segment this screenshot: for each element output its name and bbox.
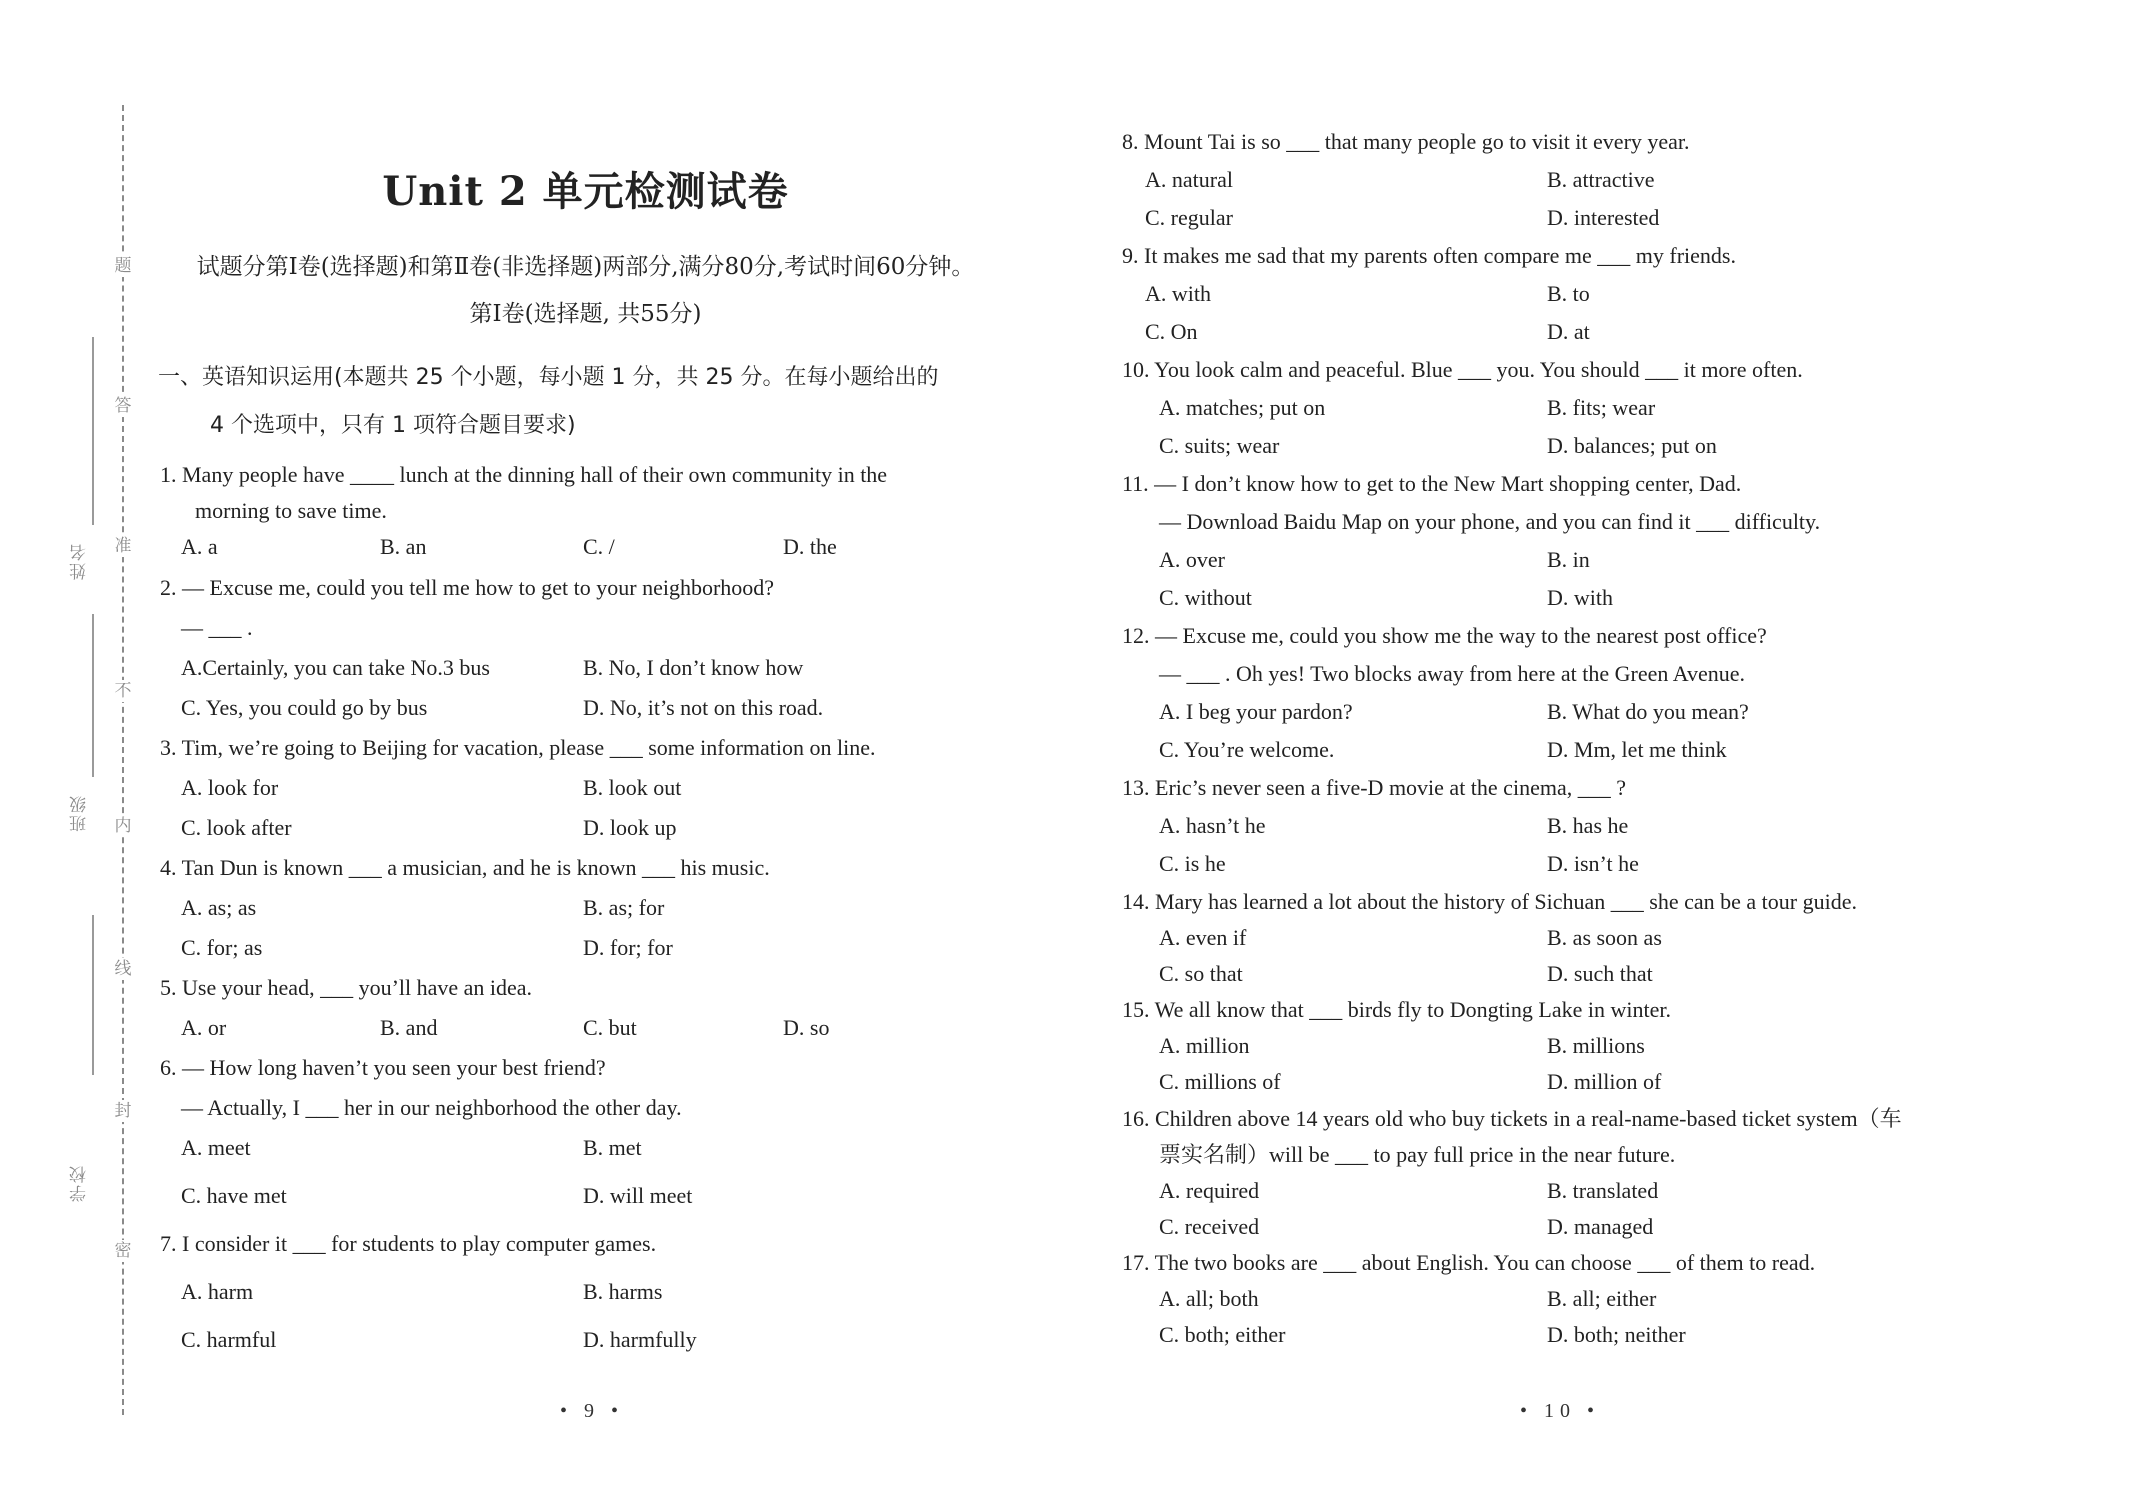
question-6-cont: — Actually, I ___ her in our neighborhoo… bbox=[181, 1094, 682, 1122]
school-write-line bbox=[92, 915, 94, 1075]
option-1d[interactable]: D. the bbox=[783, 533, 837, 561]
option-1c[interactable]: C. / bbox=[583, 533, 615, 561]
seal-char: 密 bbox=[112, 1240, 134, 1262]
option-11c[interactable]: C. without bbox=[1159, 584, 1252, 612]
option-10a[interactable]: A. matches; put on bbox=[1159, 394, 1325, 422]
option-14c[interactable]: C. so that bbox=[1159, 960, 1243, 988]
question-16-cont: 票实名制）will be ___ to pay full price in th… bbox=[1159, 1141, 1675, 1169]
option-3d[interactable]: D. look up bbox=[583, 814, 677, 842]
page-number: • 10 • bbox=[1520, 1400, 1600, 1423]
option-1a[interactable]: A. a bbox=[181, 533, 218, 561]
option-17a[interactable]: A. all; both bbox=[1159, 1285, 1259, 1313]
question-13: 13. Eric’s never seen a five-D movie at … bbox=[1122, 774, 1626, 802]
option-8d[interactable]: D. interested bbox=[1547, 204, 1659, 232]
option-13c[interactable]: C. is he bbox=[1159, 850, 1226, 878]
question-12: 12. — Excuse me, could you show me the w… bbox=[1122, 622, 1767, 650]
option-11b[interactable]: B. in bbox=[1547, 546, 1590, 574]
option-12a[interactable]: A. I beg your pardon? bbox=[1159, 698, 1353, 726]
question-15: 15. We all know that ___ birds fly to Do… bbox=[1122, 996, 1671, 1024]
seal-char: 内 bbox=[112, 815, 134, 837]
option-4a[interactable]: A. as; as bbox=[181, 894, 256, 922]
option-5d[interactable]: D. so bbox=[783, 1014, 829, 1042]
option-16b[interactable]: B. translated bbox=[1547, 1177, 1658, 1205]
option-14d[interactable]: D. such that bbox=[1547, 960, 1653, 988]
option-6d[interactable]: D. will meet bbox=[583, 1182, 692, 1210]
question-12-cont: — ___ . Oh yes! Two blocks away from her… bbox=[1159, 660, 1745, 688]
seal-char: 准 bbox=[112, 535, 134, 557]
option-15c[interactable]: C. millions of bbox=[1159, 1068, 1281, 1096]
option-11a[interactable]: A. over bbox=[1159, 546, 1225, 574]
option-15d[interactable]: D. million of bbox=[1547, 1068, 1661, 1096]
option-7a[interactable]: A. harm bbox=[181, 1278, 253, 1306]
question-5: 5. Use your head, ___ you’ll have an ide… bbox=[160, 974, 532, 1002]
section-heading-line1: 一、英语知识运用(本题共 25 个小题，每小题 1 分，共 25 分。在每小题给… bbox=[158, 365, 939, 390]
option-13a[interactable]: A. hasn’t he bbox=[1159, 812, 1266, 840]
option-17c[interactable]: C. both; either bbox=[1159, 1321, 1285, 1349]
option-7c[interactable]: C. harmful bbox=[181, 1326, 276, 1354]
question-1-cont: morning to save time. bbox=[195, 497, 387, 525]
option-13b[interactable]: B. has he bbox=[1547, 812, 1628, 840]
section-heading: 一、英语知识运用(本题共 25 个小题，每小题 1 分，共 25 分。在每小题给… bbox=[158, 354, 1013, 450]
option-16a[interactable]: A. required bbox=[1159, 1177, 1259, 1205]
question-16: 16. Children above 14 years old who buy … bbox=[1122, 1105, 1902, 1133]
section-heading-line2: 4 个选项中，只有 1 项符合题目要求) bbox=[158, 402, 1013, 450]
binding-margin: 题 答 准 不 内 线 封 密 姓名 班级 学校 bbox=[0, 0, 150, 1508]
option-10c[interactable]: C. suits; wear bbox=[1159, 432, 1279, 460]
option-4b[interactable]: B. as; for bbox=[583, 894, 664, 922]
question-17: 17. The two books are ___ about English.… bbox=[1122, 1249, 1815, 1277]
question-11-cont: — Download Baidu Map on your phone, and … bbox=[1159, 508, 1820, 536]
question-9: 9. It makes me sad that my parents often… bbox=[1122, 242, 1736, 270]
seal-char: 答 bbox=[112, 395, 134, 417]
option-5a[interactable]: A. or bbox=[181, 1014, 226, 1042]
name-write-line bbox=[92, 337, 94, 525]
option-2c[interactable]: C. Yes, you could go by bus bbox=[181, 694, 427, 722]
option-4c[interactable]: C. for; as bbox=[181, 934, 262, 962]
option-8b[interactable]: B. attractive bbox=[1547, 166, 1655, 194]
seal-char: 封 bbox=[112, 1100, 134, 1122]
volume-heading: 第Ⅰ卷(选择题, 共55分) bbox=[158, 295, 1013, 328]
name-label: 姓名 bbox=[70, 530, 92, 580]
seal-dashed-line bbox=[122, 105, 124, 1415]
option-2b[interactable]: B. No, I don’t know how bbox=[583, 654, 803, 682]
exam-intro: 试题分第Ⅰ卷(选择题)和第Ⅱ卷(非选择题)两部分,满分80分,考试时间60分钟。 bbox=[158, 248, 1013, 281]
option-14b[interactable]: B. as soon as bbox=[1547, 924, 1662, 952]
question-2-cont: — ___ . bbox=[181, 614, 253, 642]
option-10d[interactable]: D. balances; put on bbox=[1547, 432, 1717, 460]
question-11: 11. — I don’t know how to get to the New… bbox=[1122, 470, 1741, 498]
option-3c[interactable]: C. look after bbox=[181, 814, 292, 842]
option-5b[interactable]: B. and bbox=[380, 1014, 437, 1042]
school-label: 学校 bbox=[70, 1152, 92, 1202]
option-8a[interactable]: A. natural bbox=[1145, 166, 1233, 194]
option-2d[interactable]: D. No, it’s not on this road. bbox=[583, 694, 823, 722]
option-16c[interactable]: C. received bbox=[1159, 1213, 1259, 1241]
question-1: 1. Many people have ____ lunch at the di… bbox=[160, 461, 887, 489]
option-6a[interactable]: A. meet bbox=[181, 1134, 251, 1162]
option-5c[interactable]: C. but bbox=[583, 1014, 637, 1042]
seal-char: 题 bbox=[112, 255, 134, 277]
question-2: 2. — Excuse me, could you tell me how to… bbox=[160, 574, 774, 602]
option-17d[interactable]: D. both; neither bbox=[1547, 1321, 1686, 1349]
option-12d[interactable]: D. Mm, let me think bbox=[1547, 736, 1727, 764]
option-15b[interactable]: B. millions bbox=[1547, 1032, 1645, 1060]
option-12c[interactable]: C. You’re welcome. bbox=[1159, 736, 1334, 764]
option-14a[interactable]: A. even if bbox=[1159, 924, 1246, 952]
option-9d[interactable]: D. at bbox=[1547, 318, 1590, 346]
question-6: 6. — How long haven’t you seen your best… bbox=[160, 1054, 606, 1082]
question-7: 7. I consider it ___ for students to pla… bbox=[160, 1230, 656, 1258]
option-6c[interactable]: C. have met bbox=[181, 1182, 287, 1210]
page-number: • 9 • bbox=[560, 1400, 624, 1423]
class-label: 班级 bbox=[70, 782, 92, 832]
page-title: Unit 2 单元检测试卷 bbox=[158, 160, 1013, 217]
question-14: 14. Mary has learned a lot about the his… bbox=[1122, 888, 1857, 916]
option-9a[interactable]: A. with bbox=[1145, 280, 1211, 308]
question-10: 10. You look calm and peaceful. Blue ___… bbox=[1122, 356, 1803, 384]
option-3b[interactable]: B. look out bbox=[583, 774, 681, 802]
option-4d[interactable]: D. for; for bbox=[583, 934, 673, 962]
class-write-line bbox=[92, 614, 94, 777]
option-12b[interactable]: B. What do you mean? bbox=[1547, 698, 1749, 726]
option-15a[interactable]: A. million bbox=[1159, 1032, 1249, 1060]
question-4: 4. Tan Dun is known ___ a musician, and … bbox=[160, 854, 770, 882]
option-7b[interactable]: B. harms bbox=[583, 1278, 662, 1306]
seal-char: 线 bbox=[112, 958, 134, 980]
option-17b[interactable]: B. all; either bbox=[1547, 1285, 1656, 1313]
option-2a[interactable]: A.Certainly, you can take No.3 bus bbox=[181, 654, 490, 682]
option-6b[interactable]: B. met bbox=[583, 1134, 642, 1162]
question-8: 8. Mount Tai is so ___ that many people … bbox=[1122, 128, 1690, 156]
option-3a[interactable]: A. look for bbox=[181, 774, 278, 802]
option-9b[interactable]: B. to bbox=[1547, 280, 1590, 308]
option-10b[interactable]: B. fits; wear bbox=[1547, 394, 1655, 422]
option-9c[interactable]: C. On bbox=[1145, 318, 1198, 346]
seal-char: 不 bbox=[112, 680, 134, 702]
option-8c[interactable]: C. regular bbox=[1145, 204, 1233, 232]
option-1b[interactable]: B. an bbox=[380, 533, 426, 561]
option-11d[interactable]: D. with bbox=[1547, 584, 1613, 612]
option-16d[interactable]: D. managed bbox=[1547, 1213, 1653, 1241]
option-7d[interactable]: D. harmfully bbox=[583, 1326, 697, 1354]
question-3: 3. Tim, we’re going to Beijing for vacat… bbox=[160, 734, 876, 762]
option-13d[interactable]: D. isn’t he bbox=[1547, 850, 1639, 878]
